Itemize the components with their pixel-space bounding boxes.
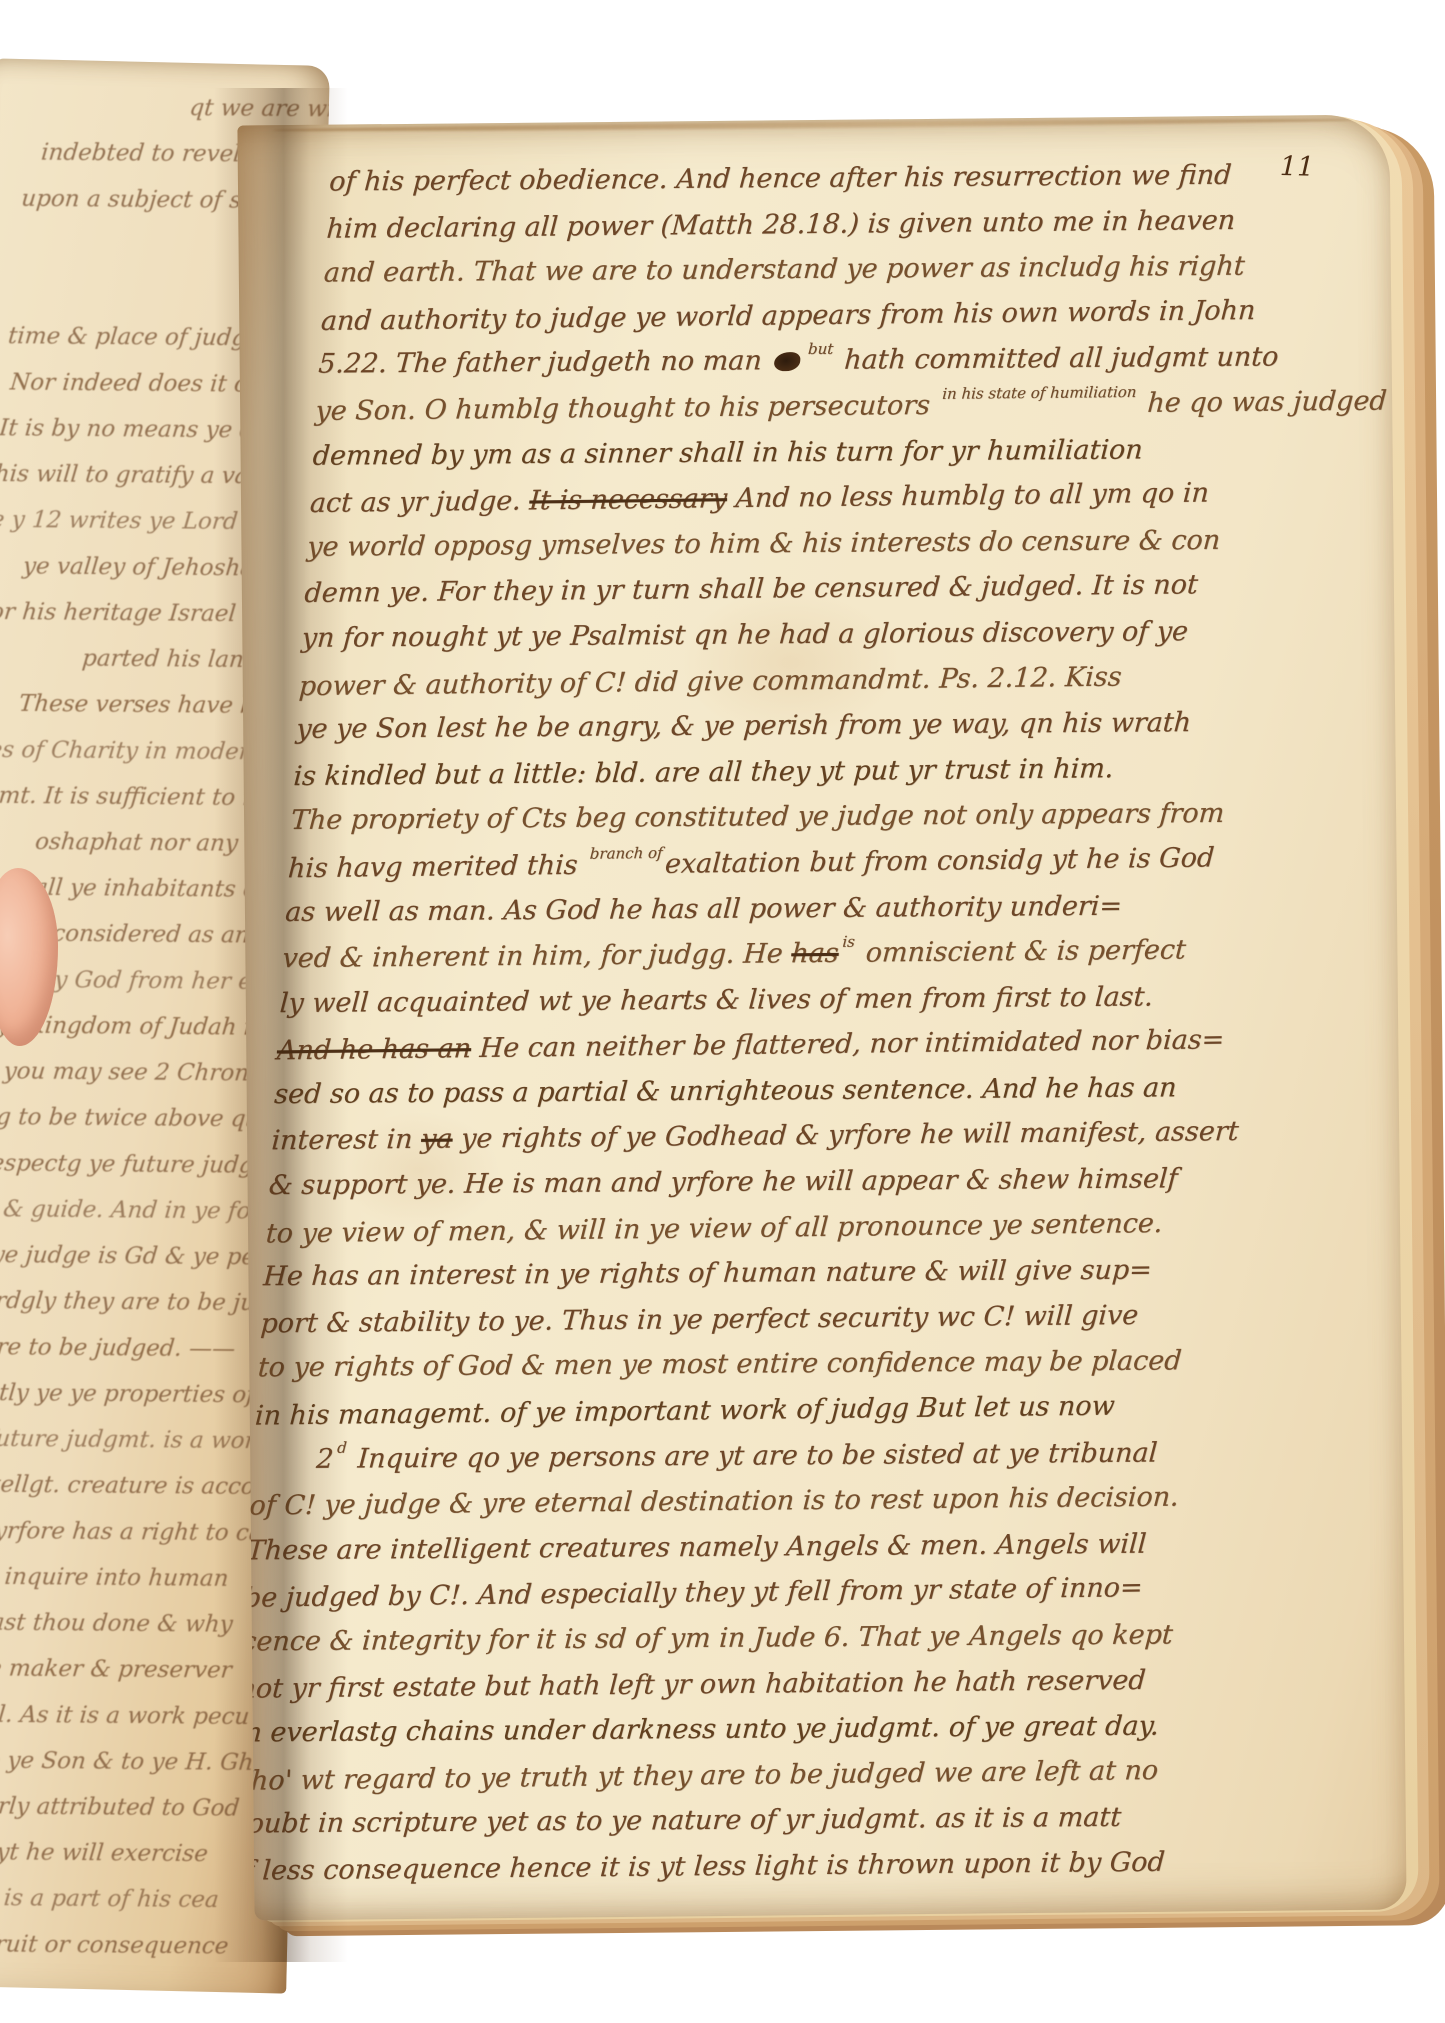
text-segment: He has an interest in ye rights of human… xyxy=(262,1255,1152,1293)
left-page-line: is particularly attributed to God xyxy=(0,1782,217,1831)
manuscript-photo: qt we are will ofindebted to revelation … xyxy=(0,0,1445,2023)
text-segment: ye ye Son lest he be angry, & ye perish … xyxy=(295,707,1192,745)
text-segment: his havg merited this xyxy=(287,850,587,885)
left-page-line: ection & guide. And in ye for xyxy=(0,1186,275,1235)
left-page-line: is. The future judgmt. is a wor xyxy=(0,1415,253,1464)
manuscript-line: ye world opposg ymselves to him & his in… xyxy=(306,516,1403,570)
text-segment: demn ye. For they in yr turn shall be ce… xyxy=(304,570,1199,610)
text-segment: demned by ym as a sinner shall in his tu… xyxy=(312,434,1144,471)
text-segment: ye world opposg ymselves to him & his in… xyxy=(306,525,1221,563)
text-segment: The propriety of Cts beg constituted ye … xyxy=(290,798,1225,836)
manuscript-line: He has an interest in ye rights of human… xyxy=(262,1246,1359,1300)
left-page-line: him & as a fruit or consequence xyxy=(0,1920,204,1969)
manuscript-lines: of his perfect obedience. And hence afte… xyxy=(237,150,1406,1903)
left-page-line: by office & yt he will exercise xyxy=(0,1828,213,1877)
text-segment: ye Son. O humblg thought to his persecut… xyxy=(315,390,940,427)
text-segment: And no less humblg to all ym qo in xyxy=(726,478,1210,515)
manuscript-line: as well as man. As God he has all power … xyxy=(284,881,1381,935)
text-segment: is kindled but a little: bld. are all th… xyxy=(293,753,1115,792)
text-segment: omniscient & is perfect xyxy=(856,935,1187,969)
left-page-line: me over all. As it is a work pecu xyxy=(0,1691,226,1740)
text-segment: cence & integrity for it is sd of ym in … xyxy=(240,1619,1173,1657)
text-segment: of less consequence hence it is yt less … xyxy=(237,1847,1165,1887)
text-segment: not yr first estate but hath left yr own… xyxy=(238,1665,1147,1705)
text-segment: him declaring all power (Matth 28.18.) i… xyxy=(326,205,1236,245)
text-segment: doubt in scripture yet as to ye nature o… xyxy=(237,1802,1122,1840)
left-page-line: as you may see 2 Chron 20 xyxy=(0,1048,288,1097)
text-segment: hath committed all judgmt unto xyxy=(835,342,1280,376)
text-segment: ved & inherent in him, for judgg. He xyxy=(282,938,793,974)
text-segment: ya xyxy=(420,1124,453,1155)
manuscript-line: 2d Inquire qo ye persons are yt are to b… xyxy=(251,1429,1348,1483)
text-segment: act as yr judge. xyxy=(309,486,530,520)
manuscript-line: cence & integrity for it is sd of ym in … xyxy=(240,1611,1337,1665)
text-segment: in his state of humiliation xyxy=(942,392,1136,394)
text-segment: interest in xyxy=(271,1124,423,1156)
text-segment: It is necessary xyxy=(528,483,727,516)
ink-blot-icon xyxy=(774,352,801,371)
text-segment: & support ye. He is man and yrfore he wi… xyxy=(268,1163,1179,1201)
text-segment: ly well acquainted wt ye hearts & lives … xyxy=(279,981,1154,1019)
text-segment: Inquire qo ye persons are yt are to be s… xyxy=(348,1437,1158,1474)
text-segment: in his managemt. of ye important work of… xyxy=(254,1391,1116,1432)
left-page-line: as he is ye maker & preserver xyxy=(0,1645,230,1694)
left-page-line: are to be judged. —— xyxy=(0,1323,261,1372)
text-segment: to ye rights of God & men ye most entire… xyxy=(257,1346,1183,1384)
manuscript-line: of less consequence hence it is yt less … xyxy=(237,1838,1322,1894)
left-page-line: father & to ye Son & to ye H. Gho xyxy=(0,1736,222,1785)
manuscript-line: doubt in scripture yet as to ye nature o… xyxy=(237,1794,1325,1848)
text-segment: as well as man. As God he has all power … xyxy=(284,890,1123,927)
left-page-line: a right to inquire into human xyxy=(0,1553,239,1602)
text-segment: 5.22. The father judgeth no man xyxy=(317,346,771,380)
left-page-line: one qt hast thou done & why xyxy=(0,1599,235,1648)
text-segment: Tho' wt regard to ye truth yt they are t… xyxy=(237,1755,1159,1797)
text-segment: sed so as to pass a partial & unrighteou… xyxy=(273,1072,1177,1110)
text-segment: branch of xyxy=(590,853,663,854)
manuscript-line: 5.22. The father judgeth no man but hath… xyxy=(317,334,1407,388)
text-segment: He can neither be flattered, nor intimid… xyxy=(470,1025,1225,1065)
text-segment: ye rights of ye Godhead & yrfore he will… xyxy=(452,1116,1240,1155)
manuscript-line: of his perfect obedience. And hence afte… xyxy=(328,151,1407,205)
text-segment: These are intelligent creatures namely A… xyxy=(246,1528,1147,1566)
text-segment: exaltation but from considg yt he is God xyxy=(664,842,1215,879)
text-segment: in everlastg chains under darkness unto … xyxy=(237,1711,1159,1749)
text-segment: power & authority of C! did give command… xyxy=(298,661,1122,702)
left-page-line: & lastly ye ye properties of xyxy=(0,1369,257,1418)
left-page-line: dly yt ye judge is Gd & ye pers xyxy=(0,1232,270,1281)
text-segment: of his perfect obedience. And hence afte… xyxy=(328,160,1232,198)
right-page: 11 of his perfect obedience. And hence a… xyxy=(237,115,1406,1921)
text-segment: has xyxy=(790,938,839,969)
left-page-line: is accordgly they are to be ju xyxy=(0,1277,266,1326)
left-page-line: every intellgt. creature is accoun xyxy=(0,1461,248,1510)
text-segment: 2 xyxy=(315,1443,334,1474)
text-segment: And he has an xyxy=(276,1033,472,1066)
text-segment: of C! ye judge & yre eternal destination… xyxy=(249,1482,1180,1522)
left-page-line: & people. It is a part of his cea xyxy=(0,1874,208,1923)
text-segment: to ye view of men, & will in ye view of … xyxy=(265,1208,1163,1250)
page-surface: 11 of his perfect obedience. And hence a… xyxy=(237,115,1406,1921)
text-segment: and earth. That we are to understand ye … xyxy=(323,251,1246,289)
text-segment: and authority to judge ye world appears … xyxy=(320,295,1256,337)
manuscript-line: ye ye Son lest he be angry, & ye perish … xyxy=(295,699,1392,753)
left-page-line: sense & yrfore has a right to call xyxy=(0,1507,244,1556)
text-segment: port & stability to ye. Thus in ye perfe… xyxy=(260,1300,1140,1339)
text-segment: be judged by C!. And especially they yt … xyxy=(243,1573,1143,1615)
left-page-line: sumg to be twice above qt is xyxy=(0,1094,284,1143)
text-segment: he qo was judged & con xyxy=(1138,385,1407,419)
left-page-line: lars respectg ye future judgmt xyxy=(0,1140,279,1189)
text-segment: yn for nought yt ye Psalmist qn he had a… xyxy=(301,616,1189,654)
manuscript-line: sed so as to pass a partial & unrighteou… xyxy=(273,1064,1370,1118)
